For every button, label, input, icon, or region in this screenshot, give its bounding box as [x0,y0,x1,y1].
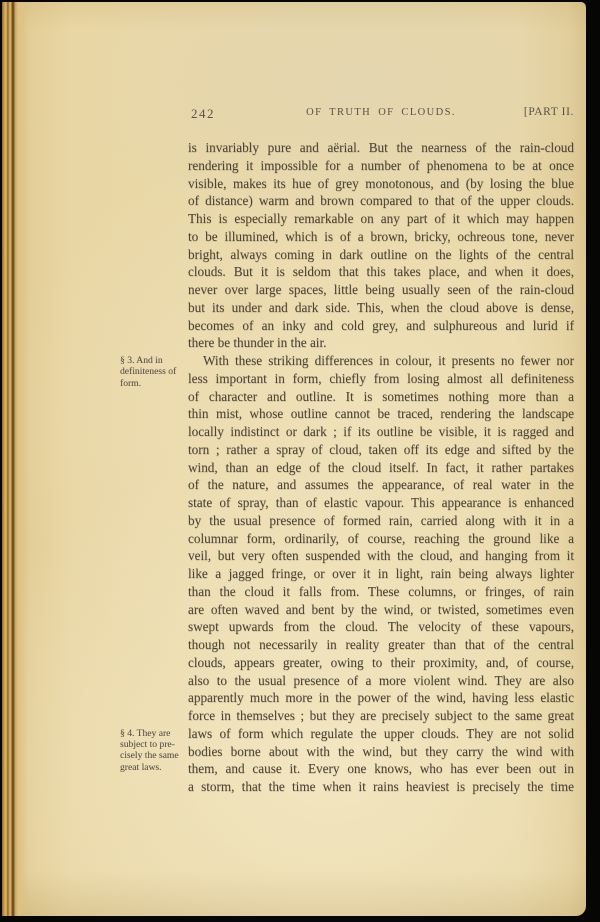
text-line: less important in form, chiefly from los… [188,370,574,388]
margin-note: § 3. And indefiniteness ofform. [120,355,188,389]
text-line: With these striking differences in colou… [188,352,574,370]
text-line: bodies borne about with the wind, but th… [188,743,574,761]
text-line: of distance) warm and brown compared to … [188,192,574,210]
text-line: veil, but very often suspended with the … [188,547,574,565]
text-line: visible, makes its hue of grey monotonou… [188,175,574,193]
margin-note-line: great laws. [120,762,188,773]
page-header: 242 OF TRUTH OF CLOUDS. [PART II. [188,106,574,122]
page-paper: 242 OF TRUTH OF CLOUDS. [PART II. is inv… [2,2,586,916]
text-line: though not necessarily in reality greate… [188,636,574,654]
text-line: never over large spaces, little being us… [188,281,574,299]
text-line: wind, than an edge of the cloud itself. … [188,459,574,477]
text-line: of the nature, and assumes the appearanc… [188,476,574,494]
margin-note: § 4. They aresubject to pre-cisely the s… [120,728,188,773]
margin-note-line: § 3. And in [120,355,188,366]
text-line: bright, always coming in dark outline on… [188,246,574,264]
text-line: them, and cause it. Every one knows, who… [188,760,574,778]
text-line: is invariably pure and aërial. But the n… [188,139,574,157]
text-line: than the cloud it falls from. These colu… [188,583,574,601]
text-line: to be illumined, which is of a brown, br… [188,228,574,246]
text-line: are often waved and bent by the wind, or… [188,601,574,619]
scanned-book-page: 242 OF TRUTH OF CLOUDS. [PART II. is inv… [0,0,600,922]
text-line: locally indistinct or dark ; if its outl… [188,423,574,441]
text-line: of character and outline. It is sometime… [188,388,574,406]
text-line: apparently much more in the power of the… [188,689,574,707]
margin-note-line: form. [120,378,188,389]
text-line: laws of form which regulate the upper cl… [188,725,574,743]
text-line: a storm, that the time when it rains hea… [188,778,574,796]
text-line: This is especially remarkable on any par… [188,210,574,228]
text-line: rendering it impossible for a number of … [188,157,574,175]
text-line: swept upwards from the cloud. The veloci… [188,618,574,636]
text-line: clouds. But it is seldom that this takes… [188,263,574,281]
text-line: columnar form, ordinarily, of course, re… [188,530,574,548]
margin-note-line: cisely the same [120,750,188,761]
book-binding-edge [2,2,28,916]
margin-note-line: definiteness of [120,366,188,377]
text-line: force in themselves ; but they are preci… [188,707,574,725]
text-line: there be thunder in the air. [188,334,574,352]
text-line: thin mist, whose outline cannot be trace… [188,405,574,423]
part-label: [PART II. [524,106,574,118]
running-title: OF TRUTH OF CLOUDS. [188,107,574,118]
text-line: becomes of an inky and cold grey, and su… [188,317,574,335]
body-text: is invariably pure and aërial. But the n… [188,139,574,796]
margin-note-line: subject to pre- [120,739,188,750]
margin-note-line: § 4. They are [120,728,188,739]
text-line: by the usual presence of formed rain, ca… [188,512,574,530]
text-line: state of spray, than of elastic vapour. … [188,494,574,512]
text-line: also to the usual presence of a more vio… [188,672,574,690]
text-line: torn ; rather a spray of cloud, taken of… [188,441,574,459]
text-line: clouds, appears greater, owing to their … [188,654,574,672]
text-line: but its under and dark side. This, when … [188,299,574,317]
text-line: like a jagged fringe, or over it in ligh… [188,565,574,583]
